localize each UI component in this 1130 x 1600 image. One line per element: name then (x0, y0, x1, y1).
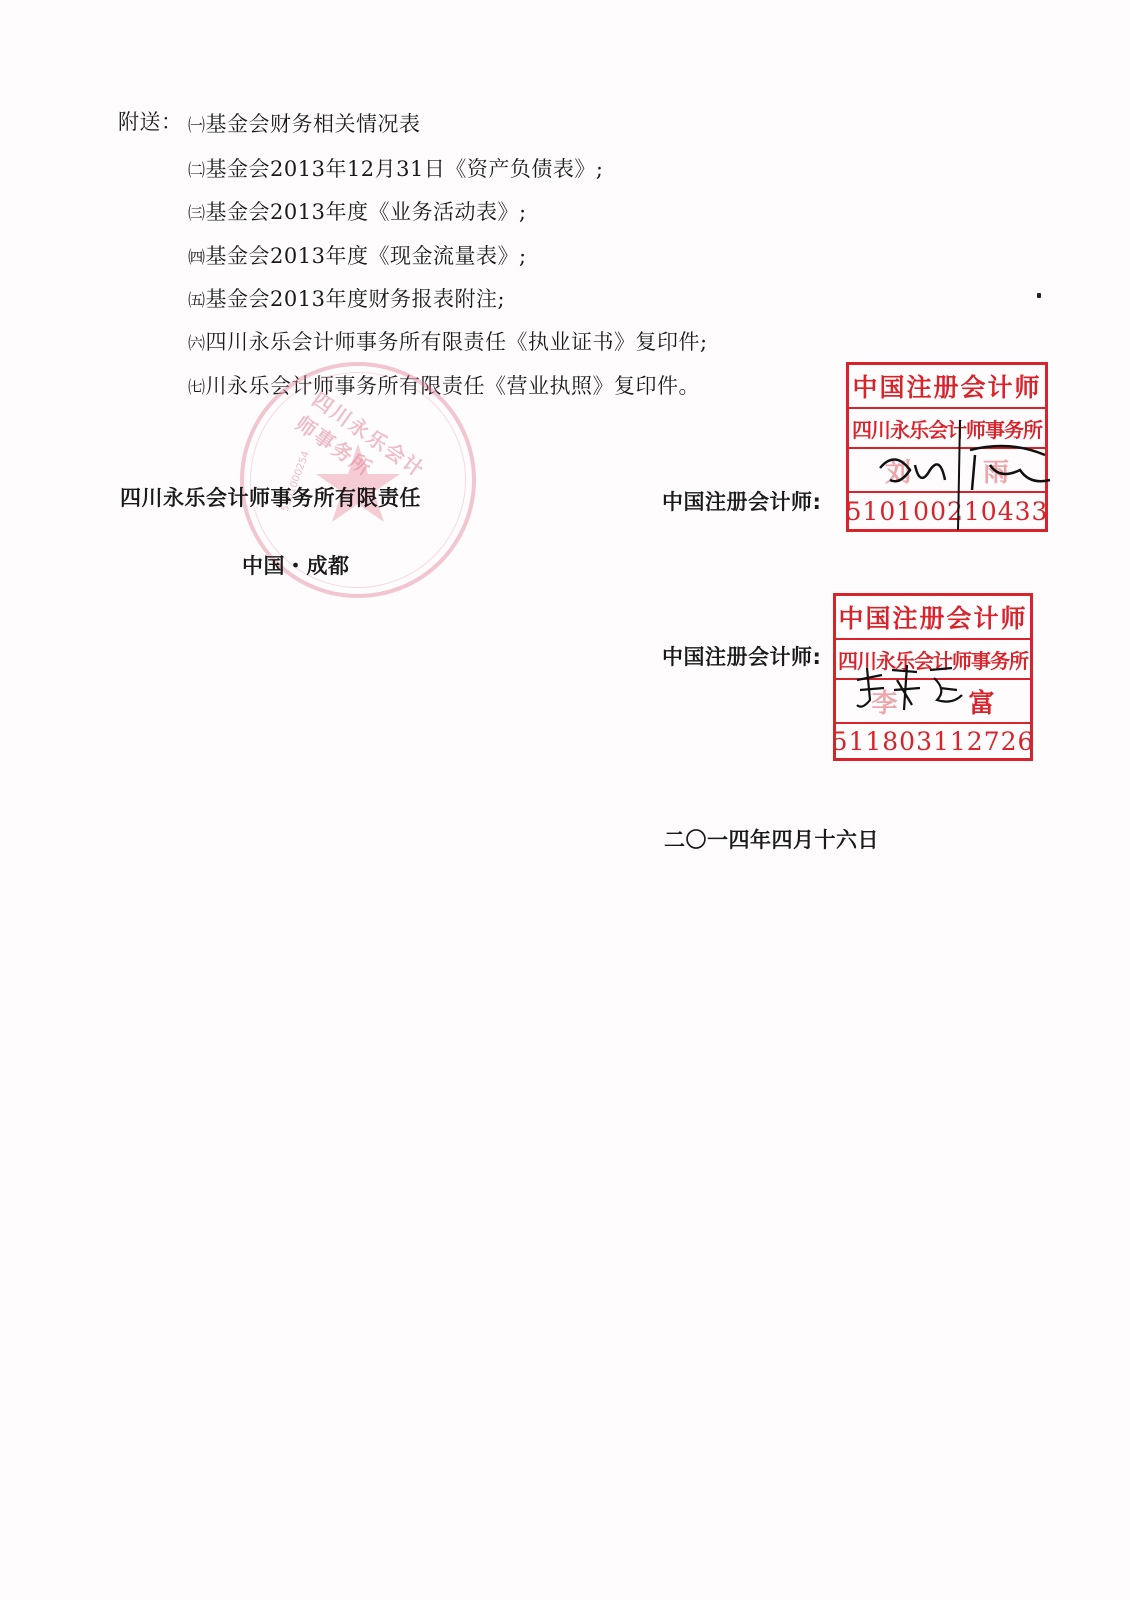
attachment-item-4: ㈣基金会2013年度《现金流量表》; (188, 240, 527, 270)
attachment-item-6: ㈥四川永乐会计师事务所有限责任《执业证书》复印件; (188, 326, 708, 356)
attachment-item-5: ㈤基金会2013年度财务报表附注; (188, 283, 505, 313)
stamp-name-char: 刘 (885, 452, 911, 489)
attachment-text: 基金会2013年度财务报表附注; (206, 287, 506, 311)
attachment-number: ㈥ (188, 334, 206, 354)
stamp-name-char: 富 (968, 683, 994, 720)
stamp-number: 510100210433 (849, 493, 1045, 529)
cpa-stamp-2: 中国注册会计师 四川永乐会计师事务所 李 富 511803112726 (833, 593, 1033, 761)
stamp-title: 中国注册会计师 (836, 596, 1030, 640)
firm-location: 中国・成都 (242, 550, 350, 580)
attachment-text: 基金会2013年度《现金流量表》; (206, 244, 527, 268)
attachment-item-3: ㈢基金会2013年度《业务活动表》; (188, 196, 527, 226)
stamp-number: 511803112726 (836, 724, 1030, 758)
attachment-number: ㈤ (188, 291, 206, 311)
stamp-firm: 四川永乐会计师事务所 (836, 640, 1030, 680)
stamp-name-char: 李 (871, 683, 897, 720)
attachment-text: 四川永乐会计师事务所有限责任《执业证书》复印件; (206, 330, 708, 354)
stamp-name: 刘 雨 (849, 449, 1045, 493)
attachment-item-2: ㈡基金会2013年12月31日《资产负债表》; (188, 153, 603, 183)
stamp-name: 李 富 (836, 680, 1030, 724)
attachment-number: ㈦ (188, 378, 206, 398)
cpa-stamp-1: 中国注册会计师 四川永乐会计师事务所 刘 雨 510100210433 (846, 362, 1048, 532)
attachment-item-1: ㈠基金会财务相关情况表 (188, 108, 421, 138)
cpa-label-1: 中国注册会计师: (662, 486, 821, 516)
attachment-number: ㈡ (188, 161, 206, 181)
attachment-text: 基金会2013年12月31日《资产负债表》; (206, 157, 604, 181)
attachment-text: 基金会财务相关情况表 (206, 112, 421, 136)
report-date: 二〇一四年四月十六日 (664, 824, 879, 854)
attachments-label: 附送： (118, 106, 183, 136)
cpa-label-2: 中国注册会计师: (662, 641, 821, 671)
firm-name: 四川永乐会计师事务所有限责任 (120, 482, 421, 512)
stamp-firm: 四川永乐会计师事务所 (849, 409, 1045, 449)
speck-mark (1037, 293, 1041, 298)
attachment-number: ㈠ (188, 116, 206, 136)
attachment-text: 基金会2013年度《业务活动表》; (206, 200, 527, 224)
attachment-number: ㈢ (188, 204, 206, 224)
stamp-title: 中国注册会计师 (849, 365, 1045, 409)
attachment-number: ㈣ (188, 248, 206, 268)
stamp-name-char: 雨 (983, 452, 1009, 489)
